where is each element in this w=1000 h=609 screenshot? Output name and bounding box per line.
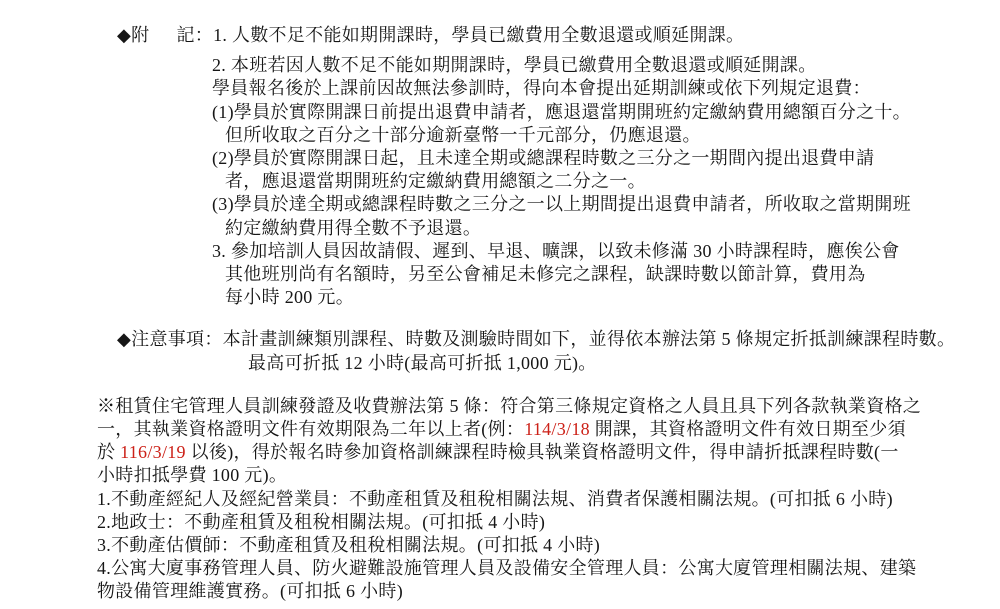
- regulation-item-4-cont: 物設備管理維護實務。(可扣抵 6 小時): [0, 580, 1000, 603]
- appendix-sub-item-2: (2)學員於實際開課日起，且未達全期或總課程時數之三分之一期間內提出退費申請: [0, 147, 1000, 170]
- appendix-item-1: 1. 人數不足不能如期開課時，學員已繳費用全數退還或順延開課。: [213, 25, 744, 45]
- appendix-sub-item-1-cont: 但所收取之百分之十部分逾新臺幣一千元部分，仍應退還。: [0, 124, 1000, 147]
- regulation-line3-post: 以後)，得於報名時參加資格訓練課程時檢具執業資格證明文件，得申請折抵課程時數(一: [186, 442, 899, 462]
- regulation-item-4: 4.公寓大廈事務管理人員、防火避難設施管理人員及設備安全管理人員：公寓大廈管理相…: [0, 557, 1000, 580]
- appendix-item-3-cont2: 每小時 200 元。: [0, 286, 1000, 309]
- notice-line2: 最高可折抵 12 小時(最高可折抵 1,000 元)。: [0, 352, 1000, 375]
- regulation-line1: ※租賃住宅管理人員訓練發證及收費辦法第 5 條：符合第三條規定資格之人員且具下列…: [0, 395, 1000, 418]
- regulation-item-1: 1.不動產經紀人及經紀營業員：不動產租賃及租稅相關法規、消費者保護相關法規。(可…: [0, 488, 1000, 511]
- appendix-item-2-cont: 學員報名後於上課前因故無法參訓時，得向本會提出延期訓練或依下列規定退費：: [0, 77, 1000, 100]
- regulation-item-2: 2.地政士：不動產租賃及租稅相關法規。(可扣抵 4 小時): [0, 511, 1000, 534]
- regulation-line3: 於 116/3/19 以後)，得於報名時參加資格訓練課程時檢具執業資格證明文件，…: [0, 441, 1000, 464]
- regulation-date-1: 114/3/18: [524, 419, 590, 439]
- appendix-sub-item-2-cont: 者，應退還當期開班約定繳納費用總額之二分之一。: [0, 170, 1000, 193]
- regulation-line2: 一，其執業資格證明文件有效期限為二年以上者(例：114/3/18 開課，其資格證…: [0, 418, 1000, 441]
- notice-heading-line: ◆注意事項：本計畫訓練類別課程、時數及測驗時間如下，並得依本辦法第 5 條規定折…: [0, 328, 1000, 351]
- appendix-sub-item-3-cont: 約定繳納費用得全數不予退還。: [0, 217, 1000, 240]
- appendix-label: 記：: [176, 25, 213, 45]
- diamond-bullet-appendix: ◆附: [117, 25, 149, 45]
- appendix-heading-line: ◆附記：1. 人數不足不能如期開課時，學員已繳費用全數退還或順延開課。: [0, 24, 1000, 47]
- regulation-date-2: 116/3/19: [120, 442, 186, 462]
- appendix-item-2: 2. 本班若因人數不足不能如期開課時，學員已繳費用全數退還或順延開課。: [0, 54, 1000, 77]
- notice-line1: 本計畫訓練類別課程、時數及測驗時間如下，並得依本辦法第 5 條規定折抵訓練課程時…: [223, 329, 956, 349]
- appendix-item-3: 3. 參加培訓人員因故請假、遲到、早退、曠課，以致未修滿 30 小時課程時，應俟…: [0, 240, 1000, 263]
- regulation-line2-post: 開課，其資格證明文件有效日期至少須: [590, 419, 906, 439]
- regulation-line2-pre: 一，其執業資格證明文件有效期限為二年以上者(例：: [97, 419, 524, 439]
- appendix-sub-item-3: (3)學員於達全期或總課程時數之三分之一以上期間提出退費申請者，所收取之當期開班: [0, 193, 1000, 216]
- regulation-item-3: 3.不動產估價師：不動產租賃及租稅相關法規。(可扣抵 4 小時): [0, 534, 1000, 557]
- diamond-bullet-notice: ◆注意事項：: [117, 329, 223, 349]
- regulation-line3-pre: 於: [97, 442, 120, 462]
- regulation-line4: 小時扣抵學費 100 元)。: [0, 464, 1000, 487]
- document-page: ◆附記：1. 人數不足不能如期開課時，學員已繳費用全數退還或順延開課。 2. 本…: [0, 0, 1000, 604]
- appendix-sub-item-1: (1)學員於實際開課日前提出退費申請者，應退還當期開班約定繳納費用總額百分之十。: [0, 101, 1000, 124]
- appendix-item-3-cont1: 其他班別尚有名額時，另至公會補足未修完之課程，缺課時數以節計算，費用為: [0, 263, 1000, 286]
